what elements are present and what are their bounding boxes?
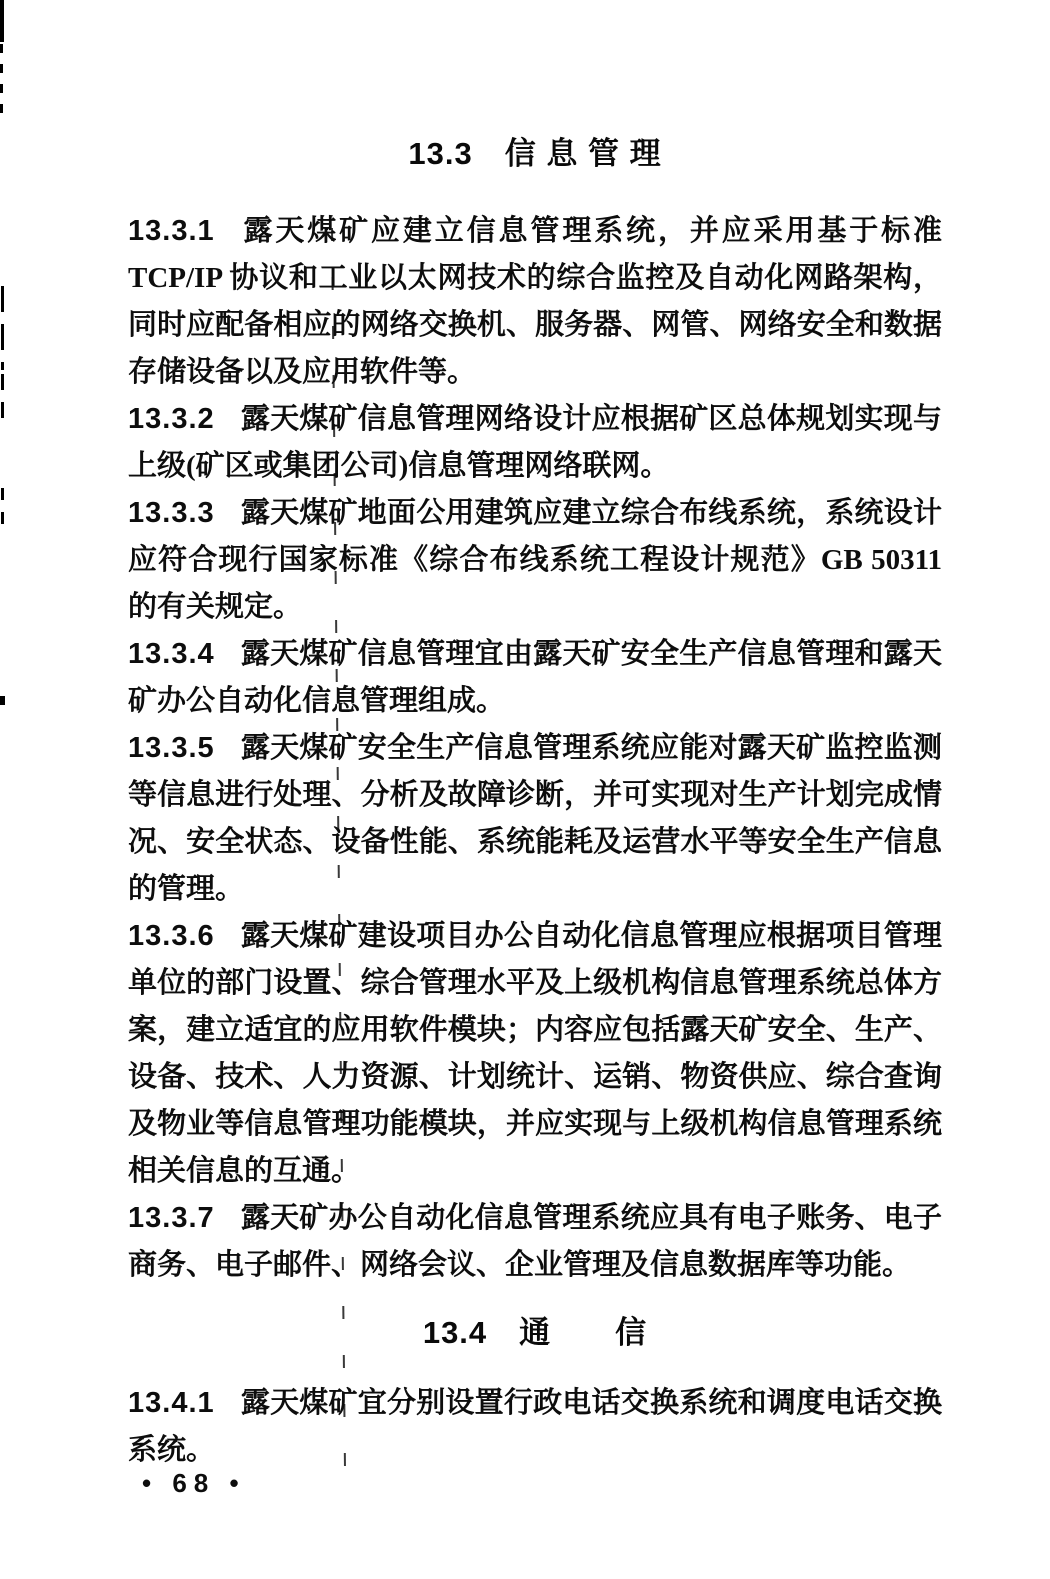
clause-text: 露天煤矿地面公用建筑应建立综合布线系统，系统设计应符合现行国家标准《综合布线系统… bbox=[128, 497, 942, 623]
clause-number: 13.3.3 bbox=[128, 497, 215, 529]
scan-artifact-left-edge bbox=[0, 696, 5, 705]
clause-number: 13.3.6 bbox=[128, 920, 215, 952]
scanned-document-page: 13.3 信 息 管 理 13.3.1露天煤矿应建立信息管理系统，并应采用基于标… bbox=[0, 0, 1050, 1579]
scan-artifact-left-edge bbox=[0, 0, 4, 42]
clause-number: 13.3.5 bbox=[128, 732, 215, 764]
clause-text: 露天矿办公自动化信息管理系统应具有电子账务、电子商务、电子邮件、网络会议、企业管… bbox=[128, 1202, 942, 1281]
clause-number: 13.3.2 bbox=[128, 403, 215, 435]
scan-artifact-left-edge bbox=[0, 44, 3, 122]
clause-13-3-6: 13.3.6露天煤矿建设项目办公自动化信息管理应根据项目管理单位的部门设置、综合… bbox=[128, 913, 942, 1195]
section-13-3-heading: 13.3 信 息 管 理 bbox=[128, 136, 942, 172]
clause-text: 露天煤矿安全生产信息管理系统应能对露天矿监控监测等信息进行处理、分析及故障诊断，… bbox=[128, 732, 942, 905]
clause-13-3-3: 13.3.3露天煤矿地面公用建筑应建立综合布线系统，系统设计应符合现行国家标准《… bbox=[128, 490, 942, 631]
clause-number: 13.3.1 bbox=[128, 215, 215, 247]
scan-artifact-left-edge bbox=[1, 286, 4, 370]
page-number: • 68 • bbox=[142, 1468, 246, 1499]
clause-13-3-5: 13.3.5露天煤矿安全生产信息管理系统应能对露天矿监控监测等信息进行处理、分析… bbox=[128, 725, 942, 913]
clause-text: 露天煤矿建设项目办公自动化信息管理应根据项目管理单位的部门设置、综合管理水平及上… bbox=[128, 920, 942, 1187]
clause-text: 露天煤矿信息管理网络设计应根据矿区总体规划实现与上级(矿区或集团公司)信息管理网… bbox=[128, 403, 942, 482]
page-content: 13.3 信 息 管 理 13.3.1露天煤矿应建立信息管理系统，并应采用基于标… bbox=[128, 136, 942, 1474]
clause-number: 13.4.1 bbox=[128, 1387, 215, 1419]
clause-text: 露天煤矿应建立信息管理系统，并应采用基于标准 TCP/IP 协议和工业以太网技术… bbox=[128, 215, 942, 388]
clause-number: 13.3.7 bbox=[128, 1202, 215, 1234]
clause-text: 露天煤矿宜分别设置行政电话交换系统和调度电话交换系统。 bbox=[128, 1387, 942, 1466]
clause-13-3-2: 13.3.2露天煤矿信息管理网络设计应根据矿区总体规划实现与上级(矿区或集团公司… bbox=[128, 396, 942, 490]
section-13-4-heading: 13.4 通 信 bbox=[128, 1315, 942, 1351]
clause-number: 13.3.4 bbox=[128, 638, 215, 670]
scan-artifact-left-edge bbox=[1, 374, 4, 426]
clause-13-3-1: 13.3.1露天煤矿应建立信息管理系统，并应采用基于标准 TCP/IP 协议和工… bbox=[128, 208, 942, 396]
clause-13-3-4: 13.3.4露天煤矿信息管理宜由露天矿安全生产信息管理和露天矿办公自动化信息管理… bbox=[128, 631, 942, 725]
clause-13-3-7: 13.3.7露天矿办公自动化信息管理系统应具有电子账务、电子商务、电子邮件、网络… bbox=[128, 1195, 942, 1289]
clause-text: 露天煤矿信息管理宜由露天矿安全生产信息管理和露天矿办公自动化信息管理组成。 bbox=[128, 638, 942, 717]
clause-13-4-1: 13.4.1露天煤矿宜分别设置行政电话交换系统和调度电话交换系统。 bbox=[128, 1380, 942, 1474]
scan-artifact-left-edge bbox=[1, 488, 4, 534]
